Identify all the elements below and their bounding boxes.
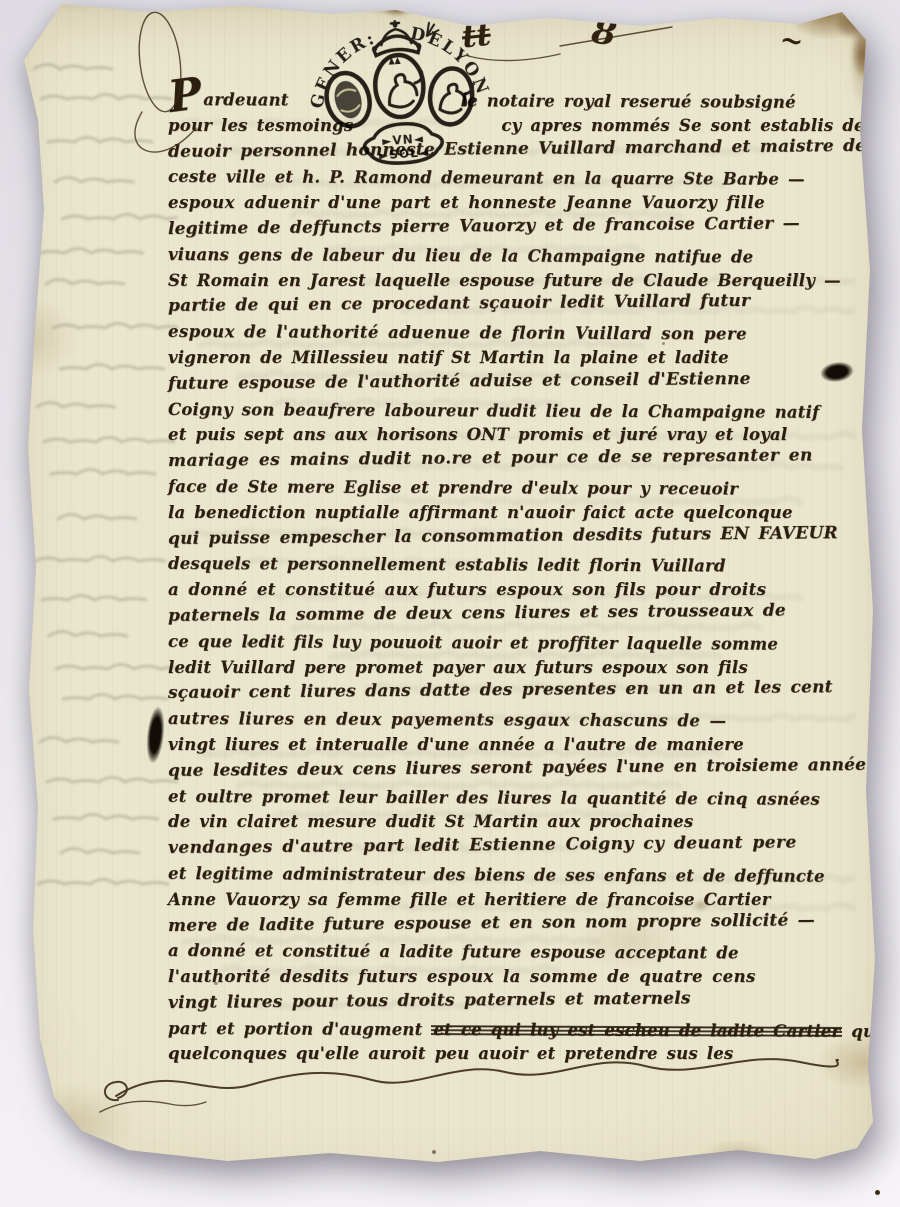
manuscript-line: part et portion d'augment et ce qui luy … xyxy=(168,1016,868,1045)
edge-stain xyxy=(382,2,412,16)
stamp-denomination-banner: ►VN◄ ►SOL◄ xyxy=(363,121,443,165)
manuscript-line: future espouse de l'authorité aduise et … xyxy=(168,364,889,396)
manuscript-sheet: Pardeuantle notaire royal reserué soubsi… xyxy=(0,0,900,1207)
manuscript-line: ceste ville et h. P. Ramond demeurant en… xyxy=(168,164,868,193)
closing-flourish-loop xyxy=(105,1082,127,1100)
manuscript-line: face de Ste mere Eglise et prendre d'eul… xyxy=(168,474,868,503)
background-speck xyxy=(875,1190,880,1195)
manuscript-line: vendanges d'autre part ledit Estienne Co… xyxy=(168,829,889,861)
manuscript-line: ce que ledit fils luy pouuoit auoir et p… xyxy=(168,629,868,658)
closing-flourish-secondary xyxy=(100,1101,206,1112)
opening-initial: P xyxy=(168,89,202,103)
struck-through-passage: et ce qui luy est escheu de ladite Carti… xyxy=(431,1020,842,1041)
manuscript-line: qui puisse empescher la consommation des… xyxy=(168,519,889,551)
manuscript-line: Pardeuantle notaire royal reserué soubsi… xyxy=(168,86,868,116)
paper-speck xyxy=(432,1150,436,1154)
manuscript-line: partie de qui en ce procedant sçauoir le… xyxy=(168,287,889,319)
paraph-mark: tt xyxy=(460,17,492,56)
manuscript-line: deuoir personnel honneste Estienne Vuill… xyxy=(168,132,889,164)
paper-speck xyxy=(214,982,218,985)
stamp-center-medallion xyxy=(373,53,425,118)
manuscript-lines: Pardeuantle notaire royal reserué soubsi… xyxy=(168,86,868,1067)
corner-burn xyxy=(852,30,874,78)
paper-speck xyxy=(662,342,665,345)
manuscript-line: que lesdites deux cens liures seront pay… xyxy=(168,751,889,783)
manuscript-line: Coigny son beaufrere laboureur dudit lie… xyxy=(168,397,868,426)
paper-speck xyxy=(247,642,251,646)
stamp-right-medallion xyxy=(428,67,475,126)
manuscript-line: viuans gens de labeur du lieu de la Cham… xyxy=(168,242,868,271)
manuscript-line: paternels la somme de deux cens liures e… xyxy=(168,597,889,629)
manuscript-line: vingt liures pour tous droits paternels … xyxy=(168,984,889,1016)
corner-squiggle: ~ xyxy=(778,22,806,58)
manuscript-line: a donné et constitué a ladite future esp… xyxy=(168,938,868,967)
manuscript-line: espoux de l'authorité aduenue de florin … xyxy=(168,319,868,348)
sheet-shadow: Pardeuantle notaire royal reserué soubsi… xyxy=(0,0,900,1207)
foxing-spot xyxy=(694,900,708,910)
manuscript-line: et legitime administrateur des biens de … xyxy=(168,861,868,890)
page-number: 8 xyxy=(589,10,619,54)
manuscript-line: mariage es mains dudit no.re et pour ce … xyxy=(168,442,889,474)
manuscript-line: quelconques qu'elle auroit peu auoir et … xyxy=(168,1041,868,1067)
photo-backdrop: Pardeuantle notaire royal reserué soubsi… xyxy=(0,0,900,1207)
verso-bleedthrough xyxy=(28,55,178,1065)
manuscript-line: autres liures en deux payements esgaux c… xyxy=(168,706,868,735)
manuscript-line: sçauoir cent liures dans datte des prese… xyxy=(168,674,889,706)
foxing-spot xyxy=(576,972,586,980)
manuscript-line: et oultre promet leur bailler des liures… xyxy=(168,784,868,813)
manuscript-line: legitime de deffuncts pierre Vauorzy et … xyxy=(168,210,889,242)
manuscript-line: desquels et personnellement establis led… xyxy=(168,551,868,580)
